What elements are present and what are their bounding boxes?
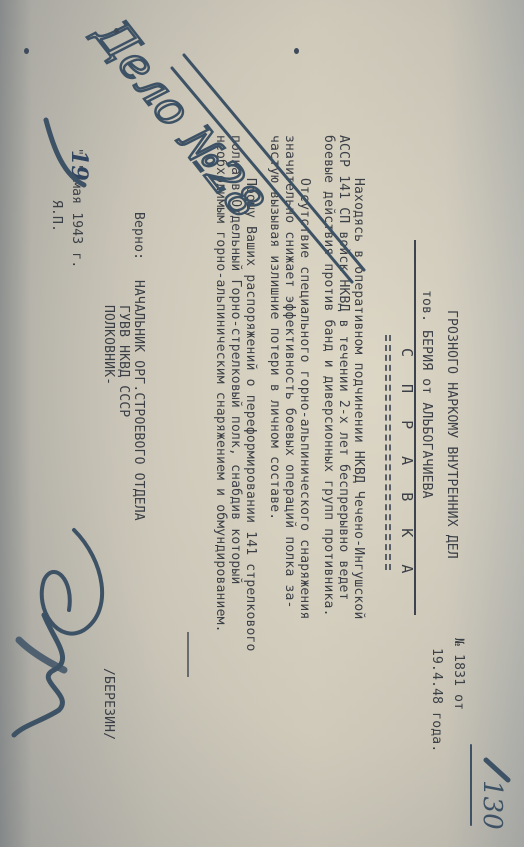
handwritten-resolution: Дело №28 [180, 60, 304, 280]
ink-spot [294, 48, 299, 54]
handwritten-signature [0, 520, 194, 740]
svg-text:130: 130 [477, 780, 507, 830]
document-page: С П Р А В К А ГРОЗНОГО НАРКОМУ ВНУТРЕННИ… [0, 0, 524, 847]
ink-spot [24, 48, 29, 54]
ink-spot [114, 28, 119, 34]
handwritten-page-number: 130 [452, 740, 516, 840]
